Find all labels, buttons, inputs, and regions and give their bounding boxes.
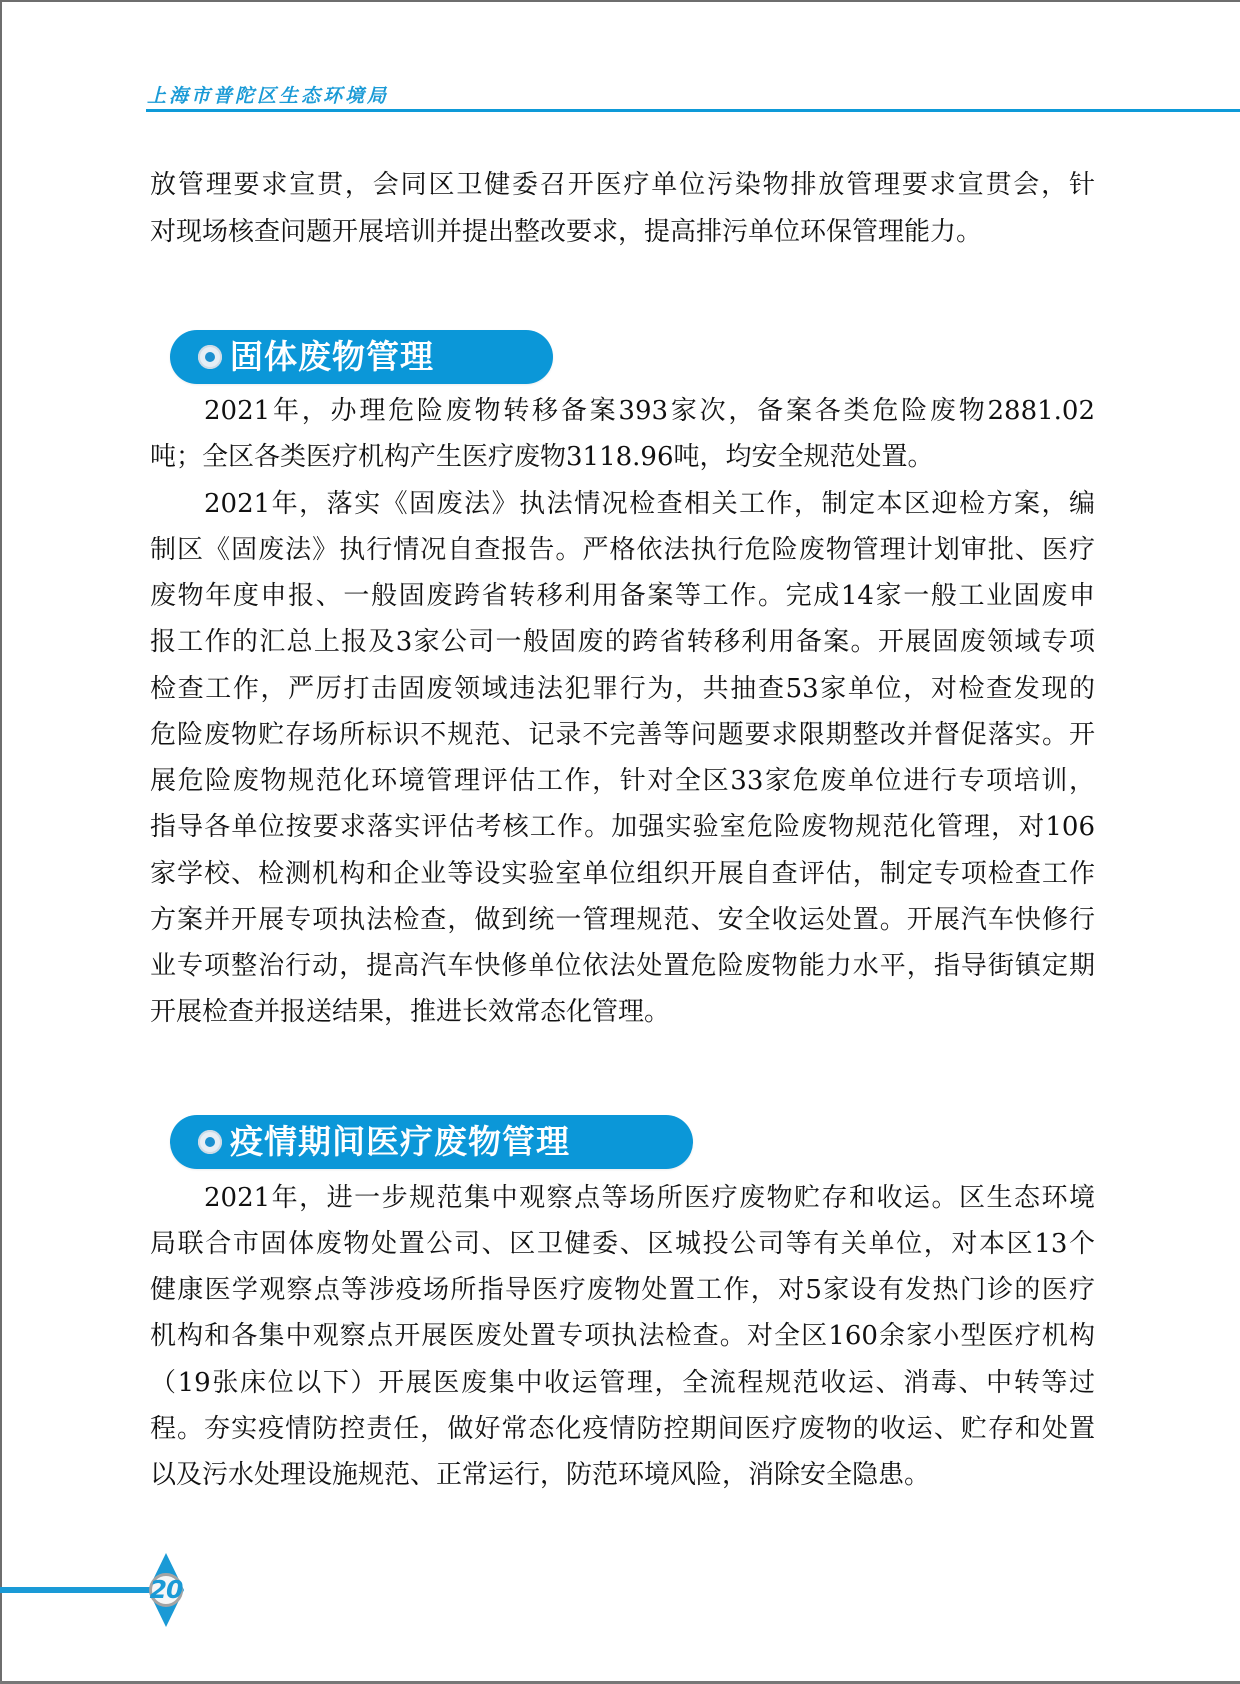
text-line: 方案并开展专项执法检查，做到统一管理规范、安全收运处置。开展汽车快修行 (150, 897, 1095, 943)
text-line: 废物年度申报、一般固废跨省转移利用备案等工作。完成14家一般工业固废申 (150, 573, 1095, 619)
page-border-top (0, 0, 1240, 2)
text-line: 对现场核查问题开展培训并提出整改要求，提高排污单位环保管理能力。 (150, 209, 1095, 255)
text-line: 展危险废物规范化环境管理评估工作，针对全区33家危废单位进行专项培训， (150, 758, 1095, 804)
text-line: 局联合市固体废物处置公司、区卫健委、区城投公司等有关单位，对本区13个 (150, 1221, 1095, 1267)
text-line: 指导各单位按要求落实评估考核工作。加强实验室危险废物规范化管理，对106 (150, 804, 1095, 850)
header-rule (146, 109, 1240, 112)
text-line: 健康医学观察点等涉疫场所指导医疗废物处置工作，对5家设有发热门诊的医疗 (150, 1267, 1095, 1313)
text-line: 2021年，进一步规范集中观察点等场所医疗废物贮存和收运。区生态环境 (204, 1175, 1095, 1221)
text-line: 机构和各集中观察点开展医废处置专项执法检查。对全区160余家小型医疗机构 (150, 1313, 1095, 1359)
footer-rule (0, 1587, 152, 1593)
section-heading-pandemic-medical-waste: 疫情期间医疗废物管理 (170, 1115, 693, 1169)
text-line: 业专项整治行动，提高汽车快修单位依法处置危险废物能力水平，指导街镇定期 (150, 943, 1095, 989)
bullet-circle-icon (198, 1130, 222, 1154)
text-line: 程。夯实疫情防控责任，做好常态化疫情防控期间医疗废物的收运、贮存和处置 (150, 1406, 1095, 1452)
page-border-left (0, 0, 2, 1684)
text-line: 吨；全区各类医疗机构产生医疗废物3118.96吨，均安全规范处置。 (150, 434, 1095, 480)
text-line: 检查工作，严厉打击固废领域违法犯罪行为，共抽查53家单位，对检查发现的 (150, 666, 1095, 712)
document-page: 上海市普陀区生态环境局 放管理要求宣贯，会同区卫健委召开医疗单位污染物排放管理要… (0, 0, 1240, 1684)
section-heading-solid-waste: 固体废物管理 (170, 330, 553, 384)
text-line: 2021年，落实《固废法》执法情况检查相关工作，制定本区迎检方案，编 (204, 481, 1095, 527)
text-line: 制区《固废法》执行情况自查报告。严格依法执行危险废物管理计划审批、医疗 (150, 527, 1095, 573)
text-line: 2021年，办理危险废物转移备案393家次，备案各类危险废物2881.02 (204, 388, 1095, 434)
section-heading-label: 固体废物管理 (230, 330, 434, 384)
text-line: 危险废物贮存场所标识不规范、记录不完善等问题要求限期整改并督促落实。开 (150, 712, 1095, 758)
page-number: 20 (146, 1574, 186, 1606)
text-line: 以及污水处理设施规范、正常运行，防范环境风险，消除安全隐患。 (150, 1452, 1095, 1498)
text-line: 放管理要求宣贯，会同区卫健委召开医疗单位污染物排放管理要求宣贯会，针 (150, 162, 1095, 208)
text-line: 开展检查并报送结果，推进长效常态化管理。 (150, 989, 1095, 1035)
text-line: （19张床位以下）开展医废集中收运管理，全流程规范收运、消毒、中转等过 (150, 1360, 1095, 1406)
text-line: 报工作的汇总上报及3家公司一般固废的跨省转移利用备案。开展固废领域专项 (150, 619, 1095, 665)
running-header-title: 上海市普陀区生态环境局 (147, 84, 389, 108)
text-line: 家学校、检测机构和企业等设实验室单位组织开展自查评估，制定专项检查工作 (150, 851, 1095, 897)
section-heading-label: 疫情期间医疗废物管理 (230, 1115, 570, 1169)
bullet-circle-icon (198, 345, 222, 369)
